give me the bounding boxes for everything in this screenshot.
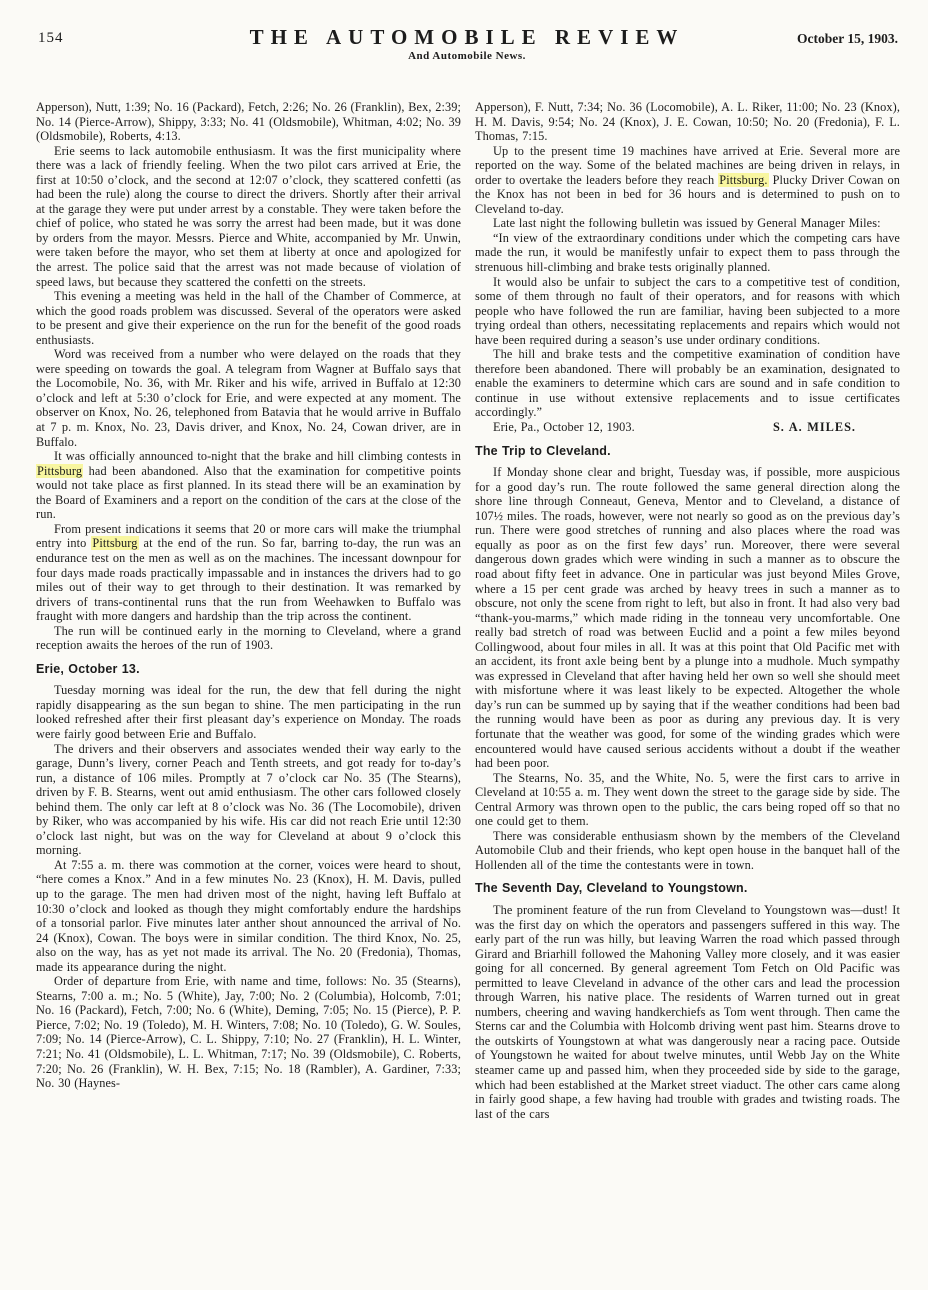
section-heading: The Trip to Cleveland. <box>475 444 900 459</box>
paragraph: The prominent feature of the run from Cl… <box>475 903 900 1121</box>
paragraph-text: The hill and brake tests and the competi… <box>475 347 900 419</box>
signature-name: S. A. MILES. <box>773 420 900 435</box>
paragraph-text: The run will be continued early in the m… <box>36 624 461 653</box>
article-body: Apperson), Nutt, 1:39; No. 16 (Packard),… <box>0 86 928 1121</box>
paragraph-text: There was considerable enthusiasm shown … <box>475 829 900 872</box>
signature-place-date: Erie, Pa., October 12, 1903. <box>475 420 635 435</box>
publication-title: THE AUTOMOBILE REVIEW <box>36 26 898 49</box>
left-column: Apperson), Nutt, 1:39; No. 16 (Packard),… <box>36 100 461 1121</box>
paragraph-text: had been abandoned. Also that the examin… <box>36 464 461 522</box>
magazine-page: 154 THE AUTOMOBILE REVIEW And Automobile… <box>0 0 928 1290</box>
paragraph-text: The prominent feature of the run from Cl… <box>475 903 900 1121</box>
paragraph-text: At 7:55 a. m. there was commotion at the… <box>36 858 461 974</box>
issue-date: October 15, 1903. <box>797 31 898 47</box>
paragraph: Up to the present time 19 machines have … <box>475 144 900 217</box>
paragraph: It was officially announced to-night tha… <box>36 449 461 522</box>
paragraph: It would also be unfair to subject the c… <box>475 275 900 348</box>
publication-subtitle: And Automobile News. <box>36 50 898 62</box>
paragraph: Apperson), Nutt, 1:39; No. 16 (Packard),… <box>36 100 461 144</box>
paragraph-text: Order of departure from Erie, with name … <box>36 974 461 1090</box>
paragraph: The drivers and their observers and asso… <box>36 742 461 858</box>
section-heading: Erie, October 13. <box>36 662 461 677</box>
paragraph-text: This evening a meeting was held in the h… <box>36 289 461 347</box>
paragraph: Tuesday morning was ideal for the run, t… <box>36 683 461 741</box>
search-highlight: Pittsburg <box>36 464 83 478</box>
paragraph: There was considerable enthusiasm shown … <box>475 829 900 873</box>
paragraph: At 7:55 a. m. there was commotion at the… <box>36 858 461 974</box>
paragraph: This evening a meeting was held in the h… <box>36 289 461 347</box>
paragraph: The Stearns, No. 35, and the White, No. … <box>475 771 900 829</box>
paragraph: If Monday shone clear and bright, Tuesda… <box>475 465 900 770</box>
paragraph-text: Tuesday morning was ideal for the run, t… <box>36 683 461 741</box>
paragraph-text: The Stearns, No. 35, and the White, No. … <box>475 771 900 829</box>
masthead-center: THE AUTOMOBILE REVIEW And Automobile New… <box>36 26 898 62</box>
section-heading: The Seventh Day, Cleveland to Youngstown… <box>475 881 900 896</box>
search-highlight: Pittsburg <box>91 536 138 550</box>
signature-line: Erie, Pa., October 12, 1903.S. A. MILES. <box>475 420 900 435</box>
search-highlight: Pittsburg. <box>718 173 768 187</box>
paragraph: Order of departure from Erie, with name … <box>36 974 461 1090</box>
paragraph-text: Apperson), F. Nutt, 7:34; No. 36 (Locomo… <box>475 100 900 143</box>
paragraph-text: “In view of the extraordinary conditions… <box>475 231 900 274</box>
right-column: Apperson), F. Nutt, 7:34; No. 36 (Locomo… <box>475 100 900 1121</box>
paragraph: The hill and brake tests and the competi… <box>475 347 900 420</box>
paragraph-text: Apperson), Nutt, 1:39; No. 16 (Packard),… <box>36 100 461 143</box>
page-number: 154 <box>38 30 64 47</box>
paragraph-text: It would also be unfair to subject the c… <box>475 275 900 347</box>
masthead: 154 THE AUTOMOBILE REVIEW And Automobile… <box>0 0 928 86</box>
paragraph-text: It was officially announced to-night tha… <box>54 449 461 463</box>
paragraph: “In view of the extraordinary conditions… <box>475 231 900 275</box>
paragraph-text: Word was received from a number who were… <box>36 347 461 448</box>
paragraph: Erie seems to lack automobile enthusiasm… <box>36 144 461 289</box>
paragraph-text: Late last night the following bulletin w… <box>493 216 881 230</box>
paragraph-text: Erie seems to lack automobile enthusiasm… <box>36 144 461 289</box>
paragraph: Word was received from a number who were… <box>36 347 461 449</box>
paragraph-text: The drivers and their observers and asso… <box>36 742 461 858</box>
paragraph: From present indications it seems that 2… <box>36 522 461 624</box>
paragraph: Late last night the following bulletin w… <box>475 216 900 231</box>
paragraph-text: If Monday shone clear and bright, Tuesda… <box>475 465 900 770</box>
paragraph: Apperson), F. Nutt, 7:34; No. 36 (Locomo… <box>475 100 900 144</box>
paragraph: The run will be continued early in the m… <box>36 624 461 653</box>
